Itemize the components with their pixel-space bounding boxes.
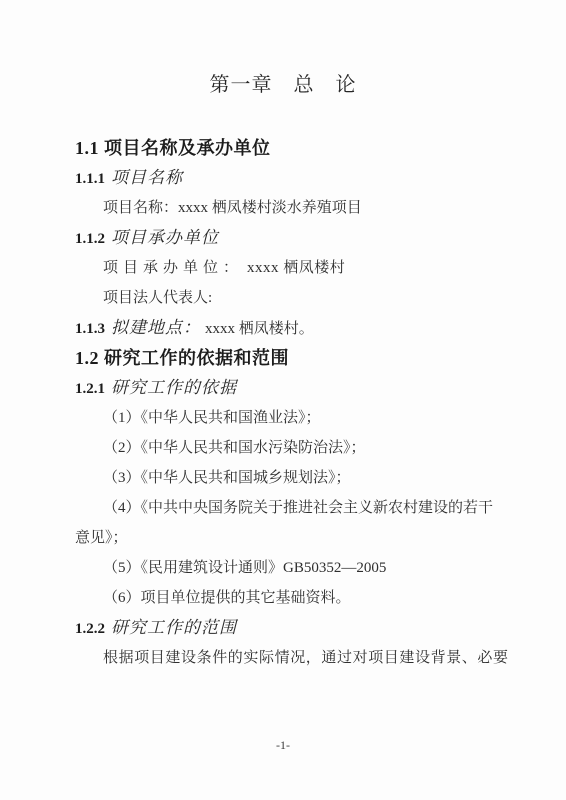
location-value: xxxx 栖凤楼村。 bbox=[205, 321, 314, 337]
heading-text: 拟建地点： bbox=[111, 318, 201, 337]
legal-representative-line: 项目法人代表人: bbox=[103, 283, 212, 313]
basis-item-4-continuation: 意见》； bbox=[75, 523, 128, 553]
heading-number: 1.1.2 bbox=[75, 231, 105, 247]
heading-text: 研究工作的依据 bbox=[111, 378, 237, 397]
subsection-1-2-2-heading: 1.2.2研究工作的范围 bbox=[75, 613, 237, 643]
basis-item-4: （4）《中共中央国务院关于推进社会主义新农村建设的若干 bbox=[103, 493, 493, 523]
basis-item-5: （5）《民用建筑设计通则》GB50352—2005 bbox=[103, 553, 386, 583]
basis-item-1: （1）《中华人民共和国渔业法》； bbox=[103, 403, 321, 433]
heading-number: 1.2.2 bbox=[75, 621, 105, 637]
section-1-1-heading: 1.1 项目名称及承办单位 bbox=[75, 133, 271, 163]
subsection-1-2-1-heading: 1.2.1研究工作的依据 bbox=[75, 373, 237, 403]
chapter-title: 第一章 总 论 bbox=[0, 70, 566, 100]
heading-text: 项目名称 bbox=[111, 168, 183, 187]
undertaker-value: xxxx 栖凤楼村 bbox=[247, 260, 345, 276]
scope-paragraph: 根据项目建设条件的实际情况，通过对项目建设背景、必要 bbox=[103, 643, 509, 673]
document-page: 第一章 总 论 1.1 项目名称及承办单位 1.1.1项目名称 项目名称：xxx… bbox=[0, 0, 566, 800]
heading-number: 1.1.3 bbox=[75, 321, 105, 337]
basis-item-2: （2）《中华人民共和国水污染防治法》； bbox=[103, 433, 366, 463]
project-name-line: 项目名称：xxxx 栖凤楼村淡水养殖项目 bbox=[103, 193, 362, 223]
heading-text: 项目承办单位 bbox=[111, 228, 219, 247]
heading-text: 研究工作的范围 bbox=[111, 618, 237, 637]
undertaker-label: 项目承办单位： bbox=[103, 260, 243, 276]
heading-number: 1.2.1 bbox=[75, 381, 105, 397]
basis-item-6: （6）项目单位提供的其它基础资料。 bbox=[103, 583, 351, 613]
undertaker-line: 项目承办单位：xxxx 栖凤楼村 bbox=[103, 253, 345, 283]
page-number: -1- bbox=[0, 731, 566, 759]
subsection-1-1-2-heading: 1.1.2项目承办单位 bbox=[75, 223, 219, 253]
subsection-1-1-3-line: 1.1.3拟建地点：xxxx 栖凤楼村。 bbox=[75, 313, 314, 343]
basis-item-3: （3）《中华人民共和国城乡规划法》； bbox=[103, 463, 351, 493]
heading-number: 1.1.1 bbox=[75, 171, 105, 187]
section-1-2-heading: 1.2 研究工作的依据和范围 bbox=[75, 343, 289, 373]
subsection-1-1-1-heading: 1.1.1项目名称 bbox=[75, 163, 183, 193]
